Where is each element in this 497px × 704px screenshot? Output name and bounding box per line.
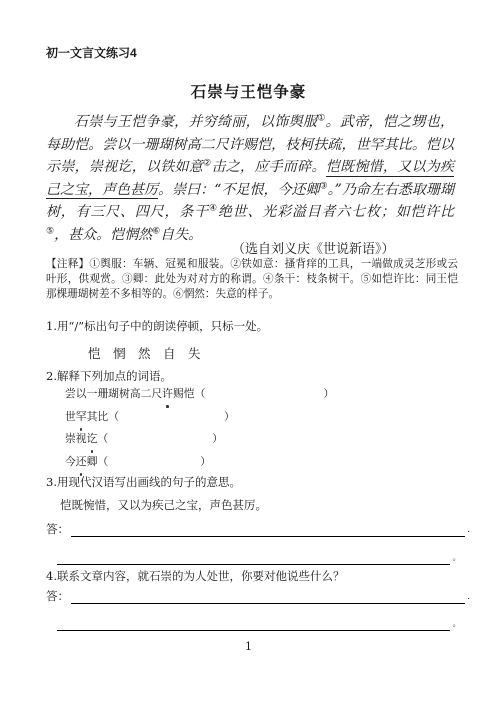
q3-answer-line-2[interactable] [57, 549, 450, 565]
passage-segment: ，甚众。恺惘然 [54, 227, 152, 243]
q2-paren-close: ） [200, 455, 211, 468]
note-ref: ① [317, 113, 325, 123]
note-ref: ③ [320, 181, 328, 191]
q2-items: 尝以一珊瑚树高二尺许赐恺（） 世罕其比（） 崇视讫（） 今还卿（） [65, 383, 334, 473]
q3-line2-end-mark: 。 [452, 551, 461, 565]
worksheet-page: 初一文言文练习4 石崇与王恺争豪 石崇与王恺争豪，并穷绮丽，以饰舆服①。武帝，恺… [0, 0, 497, 704]
q2-item-dotted-word: 讫 [87, 428, 98, 451]
q4-answer-line-2[interactable] [57, 615, 450, 631]
q3-answer-row-2: 。 [55, 549, 461, 565]
q3-answer-line-1[interactable] [71, 521, 465, 537]
page-number: 1 [0, 640, 497, 653]
q4-answer-row-2: 。 [55, 615, 461, 631]
q2-item-after: 赐恺 [173, 387, 195, 400]
passage-segment: 。崇曰：“不足恨，今还卿 [158, 182, 319, 198]
page-title: 石崇与王恺争豪 [0, 80, 497, 102]
q4-line1-end-mark: . [467, 590, 470, 604]
q2-item-row: 尝以一珊瑚树高二尺许赐恺（） [65, 383, 334, 406]
question-1-exercise-text: 恺 惘 然 自 失 [88, 344, 201, 362]
notes-block: 【注释】①舆服：车辆、冠冕和服装。②铁如意：搔背痒的工具，一端做成灵芝形或云叶形… [46, 257, 458, 303]
worksheet-header: 初一文言文练习4 [46, 44, 137, 61]
q2-answer-blank[interactable] [108, 441, 212, 442]
q2-answer-blank[interactable] [205, 396, 323, 397]
q2-item-before: 世 [65, 410, 76, 423]
q4-answer-line-1[interactable] [71, 588, 465, 604]
q2-item-row: 世罕其比（） [65, 406, 334, 429]
q2-item-row: 崇视讫（） [65, 428, 334, 451]
q2-paren-close: ） [212, 432, 223, 445]
passage-segment: 自失。 [160, 227, 202, 243]
q2-paren-close: ） [224, 410, 235, 423]
q4-answer-row-1: 答： . [46, 588, 470, 604]
q2-item-row: 今还卿（） [65, 451, 334, 474]
q2-item-dotted-word: 许 [162, 383, 173, 406]
q4-line2-end-mark: 。 [452, 617, 461, 631]
q2-item-before: 今 [65, 455, 76, 468]
note-ref: ⑥ [152, 226, 160, 236]
q2-answer-blank[interactable] [108, 464, 200, 465]
q2-paren-close: ） [323, 387, 334, 400]
q2-paren-open: （ [108, 410, 119, 423]
question-2-label: 2.解释下列加点的词语。 [46, 368, 172, 384]
question-3-quoted-sentence: 恺既惋惜，又以为疾己之宝，声色甚厉。 [60, 497, 267, 513]
q4-answer-prefix: 答： [46, 588, 69, 604]
q2-paren-open: （ [97, 455, 108, 468]
q2-paren-open: （ [195, 387, 206, 400]
note-ref: ⑤ [46, 226, 54, 236]
note-ref: ④ [209, 203, 218, 213]
passage-segment: 绝世、光彩溢目者六七枚；如恺许比 [218, 204, 454, 220]
passage-segment: 石崇与王恺争豪，并穷绮丽，以饰舆服 [74, 114, 317, 130]
question-4-label: 4.联系文章内容，就石崇的为人处世，你要对他说些什么？ [46, 568, 344, 584]
passage-body: 石崇与王恺争豪，并穷绮丽，以饰舆服①。武帝，恺之甥也，每助恺。尝以一珊瑚树高二尺… [46, 111, 454, 246]
q2-item-after: 其比 [87, 410, 109, 423]
q2-item-dotted-word: 罕 [76, 406, 87, 429]
q2-item-before: 崇视 [65, 432, 87, 445]
question-1-label: 1.用“/”标出句子中的朗读停顿，只标一处。 [46, 318, 268, 334]
q3-answer-prefix: 答： [46, 521, 69, 537]
q2-answer-blank[interactable] [119, 419, 224, 420]
q2-paren-open: （ [97, 432, 108, 445]
q3-answer-row-1: 答： . [46, 521, 470, 537]
passage-attribution: （选自刘义庆《世说新语》） [232, 238, 395, 257]
q2-item-dotted-word: 还 [76, 451, 87, 474]
question-3-label: 3.用现代汉语写出画线的句子的意思。 [46, 474, 241, 490]
passage-segment: 击之，应手而碎。 [211, 159, 325, 175]
q2-item-before: 尝以一珊瑚树高二尺 [65, 387, 162, 400]
q2-item-after: 卿 [87, 455, 98, 468]
q3-line1-end-mark: . [467, 523, 470, 537]
